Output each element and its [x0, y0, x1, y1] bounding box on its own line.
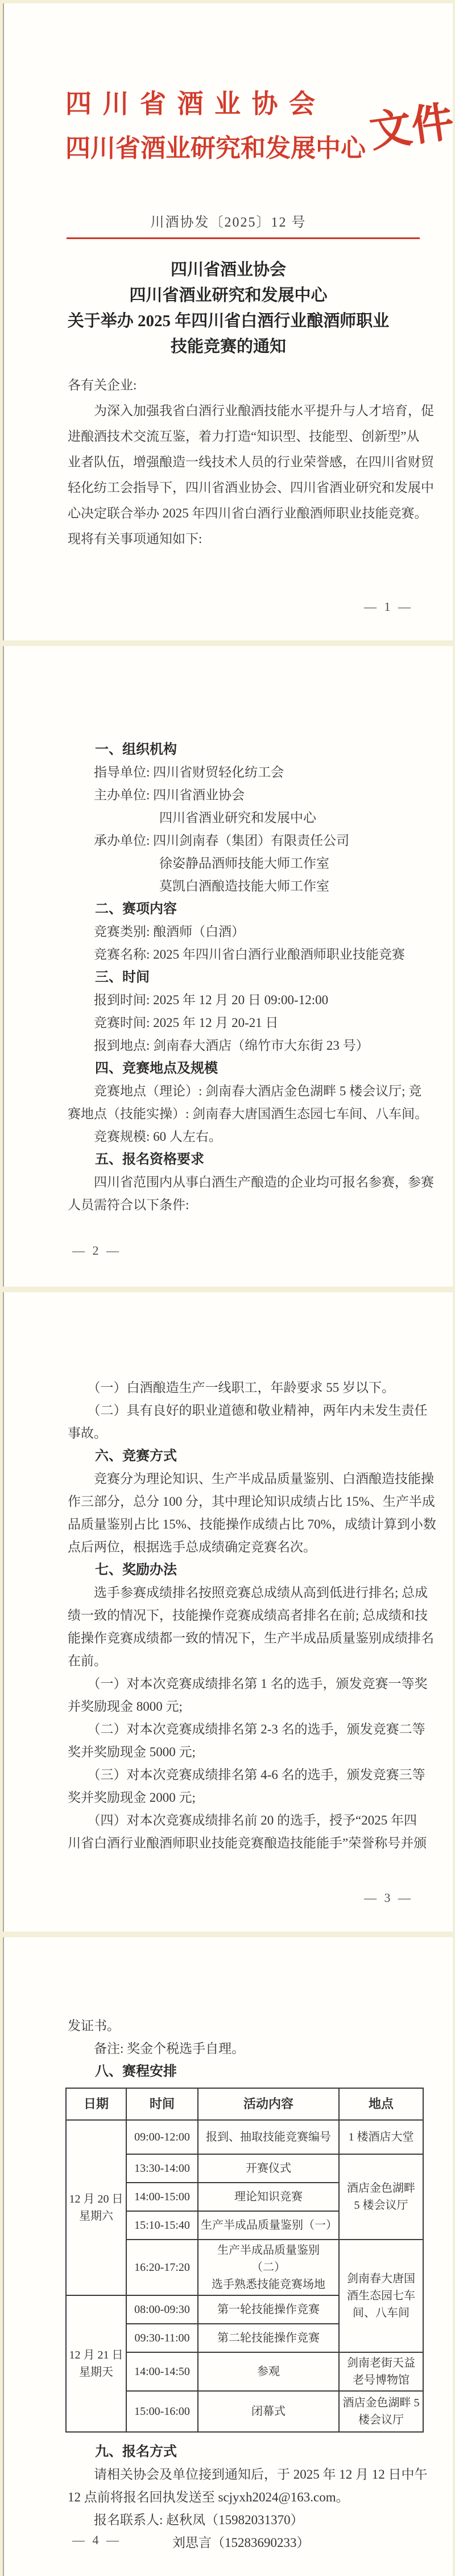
section-heading-schedule: 八、赛程安排: [68, 2060, 430, 2083]
page-3: （一）白酒酿造生产一线职工，年龄要求 55 岁以下。 （二）具有良好的职业道德和…: [3, 1292, 453, 1932]
salutation: 各有关企业:: [68, 372, 430, 398]
schedule-location-cell: 酒店金色湖畔 5 楼会议厅: [339, 2154, 423, 2240]
certificate-and-note-lines: 发证书。 备注: 奖金个税选手自理。: [68, 2015, 430, 2060]
document-title: 四川省酒业协会 四川省酒业研究和发展中心 关于举办 2025 年四川省白酒行业酿…: [4, 257, 453, 360]
schedule-activity-cell: 闭幕式: [198, 2391, 339, 2432]
page-4: 发证书。 备注: 奖金个税选手自理。 八、赛程安排 日期 时间 活动内容 地点: [3, 1937, 453, 2576]
section-lines-awards: 选手参赛成绩排名按照竞赛总成绩从高到低进行排名; 总成 绩一致的情况下，技能操作…: [68, 1581, 430, 1855]
page-2: 一、组织机构 指导单位: 四川省财贸轻化纺工会 主办单位: 四川省酒业协会 四川…: [3, 646, 453, 1287]
section-lines-competition-format: 竞赛分为理论知识、生产半成品质量鉴别、白酒酿造技能操 作三部分，总分 100 分…: [68, 1468, 430, 1559]
schedule-row: 12 月 20 日 星期六 09:00-12:00 报到、抽取技能竞赛编号 1 …: [66, 2120, 423, 2154]
schedule-time-cell: 09:00-12:00: [126, 2120, 198, 2154]
schedule-activity-cell: 理论知识竞赛: [198, 2183, 339, 2211]
page-3-body: （一）白酒酿造生产一线职工，年龄要求 55 岁以下。 （二）具有良好的职业道德和…: [4, 1292, 453, 1855]
section-heading-registration: 九、报名方式: [68, 2441, 430, 2463]
org-banner-names: 四 川 省 酒 业 协 会 四川省酒业研究和发展中心: [65, 83, 366, 164]
schedule-header-date: 日期: [66, 2088, 126, 2120]
schedule-activity-cell: 第一轮技能操作竞赛: [198, 2295, 339, 2324]
intro-paragraph: 为深入加强我省白酒行业酿酒技能水平提升与人才培育，促 进酿酒技术交流互鉴，着力打…: [68, 398, 430, 552]
page-number-4: — 4 —: [72, 2533, 121, 2548]
schedule-time-cell: 09:30-11:00: [126, 2324, 198, 2352]
schedule-activity-cell: 生产半成品质量鉴别（二） 选手熟悉技能竞赛场地: [198, 2240, 339, 2295]
schedule-location-cell: 1 楼酒店大堂: [339, 2120, 423, 2154]
schedule-activity-cell: 开赛仪式: [198, 2154, 339, 2183]
schedule-time-cell: 14:00-15:00: [126, 2183, 198, 2211]
registration-lines: 请相关协会及单位接到通知后，于 2025 年 12 月 12 日中午 12 点前…: [68, 2463, 430, 2554]
section-lines-time: 报到时间: 2025 年 12 月 20 日 09:00-12:00 竞赛时间:…: [68, 989, 430, 1057]
schedule-location-cell: 酒店金色湖畔 5 楼会议厅: [339, 2391, 423, 2432]
schedule-header-location: 地点: [339, 2088, 423, 2120]
schedule-header-activity: 活动内容: [198, 2088, 339, 2120]
schedule-location-cell: 剑南春大唐国 酒生态园七车 间、八车间: [339, 2240, 423, 2352]
org-name-line-2: 四川省酒业研究和发展中心: [65, 128, 366, 164]
schedule-date-cell-day1: 12 月 20 日 星期六: [66, 2120, 126, 2295]
schedule-date-cell-day2: 12 月 21 日 星期天: [66, 2295, 126, 2432]
doc-number: 川酒协发〔2025〕12 号: [4, 211, 453, 231]
schedule-time-cell: 14:00-14:50: [126, 2352, 198, 2391]
schedule-time-cell: 13:30-14:00: [126, 2154, 198, 2183]
schedule-activity-cell: 参观: [198, 2352, 339, 2391]
scanned-document: 四 川 省 酒 业 协 会 四川省酒业研究和发展中心 文件 川酒协发〔2025〕…: [0, 0, 455, 2576]
schedule-time-cell: 15:10-15:40: [126, 2211, 198, 2240]
section-lines-organization: 指导单位: 四川省财贸轻化纺工会 主办单位: 四川省酒业协会 四川省酒业研究和发…: [68, 761, 430, 898]
page-4-body: 发证书。 备注: 奖金个税选手自理。 八、赛程安排 日期 时间 活动内容 地点: [4, 1937, 453, 2554]
schedule-header-time: 时间: [126, 2088, 198, 2120]
section-heading-event-content: 二、赛项内容: [68, 898, 430, 921]
red-divider: [67, 237, 420, 239]
section-lines-venue-scale: 竞赛地点（理论）: 剑南春大酒店金色湖畔 5 楼会议厅; 竞 赛地点（技能实操）…: [68, 1080, 430, 1148]
section-heading-organization: 一、组织机构: [68, 738, 430, 761]
schedule-time-cell: 08:00-09:30: [126, 2295, 198, 2324]
section-heading-time: 三、时间: [68, 966, 430, 989]
section-heading-awards: 七、奖励办法: [68, 1559, 430, 1581]
page-number-1: — 1 —: [364, 599, 413, 614]
org-name-line-1: 四 川 省 酒 业 协 会: [65, 83, 366, 121]
section-heading-competition-format: 六、竞赛方式: [68, 1445, 430, 1468]
schedule-activity-cell: 报到、抽取技能竞赛编号: [198, 2120, 339, 2154]
page-1: 四 川 省 酒 业 协 会 四川省酒业研究和发展中心 文件 川酒协发〔2025〕…: [3, 3, 453, 640]
page-2-body: 一、组织机构 指导单位: 四川省财贸轻化纺工会 主办单位: 四川省酒业协会 四川…: [4, 646, 453, 1217]
page-1-body: 各有关企业: 为深入加强我省白酒行业酿酒技能水平提升与人才培育，促 进酿酒技术交…: [4, 372, 453, 552]
doc-type-label: 文件: [365, 88, 453, 159]
schedule-activity-cell: 第二轮技能操作竞赛: [198, 2324, 339, 2352]
schedule-activity-cell: 生产半成品质量鉴别（一）: [198, 2211, 339, 2240]
schedule-time-cell: 16:20-17:20: [126, 2240, 198, 2295]
page-number-3: — 3 —: [364, 1891, 413, 1905]
section-heading-eligibility: 五、报名资格要求: [68, 1148, 430, 1171]
page-number-2: — 2 —: [72, 1243, 121, 1258]
schedule-time-cell: 15:00-16:00: [126, 2391, 198, 2432]
schedule-header-row: 日期 时间 活动内容 地点: [66, 2088, 423, 2120]
schedule-table: 日期 时间 活动内容 地点 12 月 20 日 星期六 09:00-12:00 …: [65, 2088, 424, 2433]
org-banner: 四 川 省 酒 业 协 会 四川省酒业研究和发展中心 文件: [4, 3, 453, 164]
section-heading-venue-scale: 四、竞赛地点及规模: [68, 1057, 430, 1080]
eligibility-items: （一）白酒酿造生产一线职工，年龄要求 55 岁以下。 （二）具有良好的职业道德和…: [68, 1377, 430, 1445]
section-lines-event-content: 竞赛类别: 酿酒师（白酒） 竞赛名称: 2025 年四川省白酒行业酿酒师职业技能…: [68, 921, 430, 966]
section-lines-eligibility: 四川省范围内从事白酒生产酿造的企业均可报名参赛，参赛 人员需符合以下条件:: [68, 1171, 430, 1217]
schedule-location-cell: 剑南老街天益 老号博物馆: [339, 2352, 423, 2391]
